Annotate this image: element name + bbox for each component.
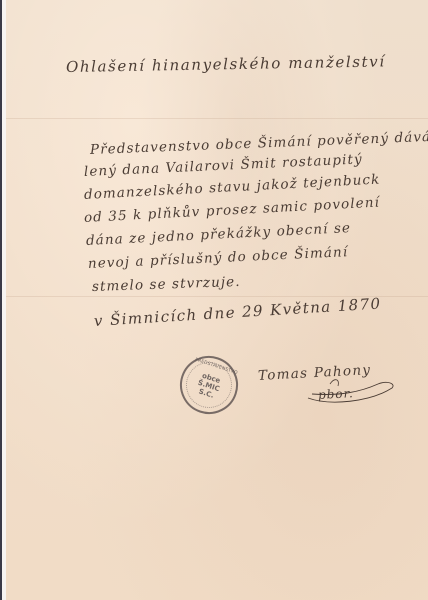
paper-crease (6, 118, 428, 119)
signature-title: pbor. (318, 386, 355, 402)
